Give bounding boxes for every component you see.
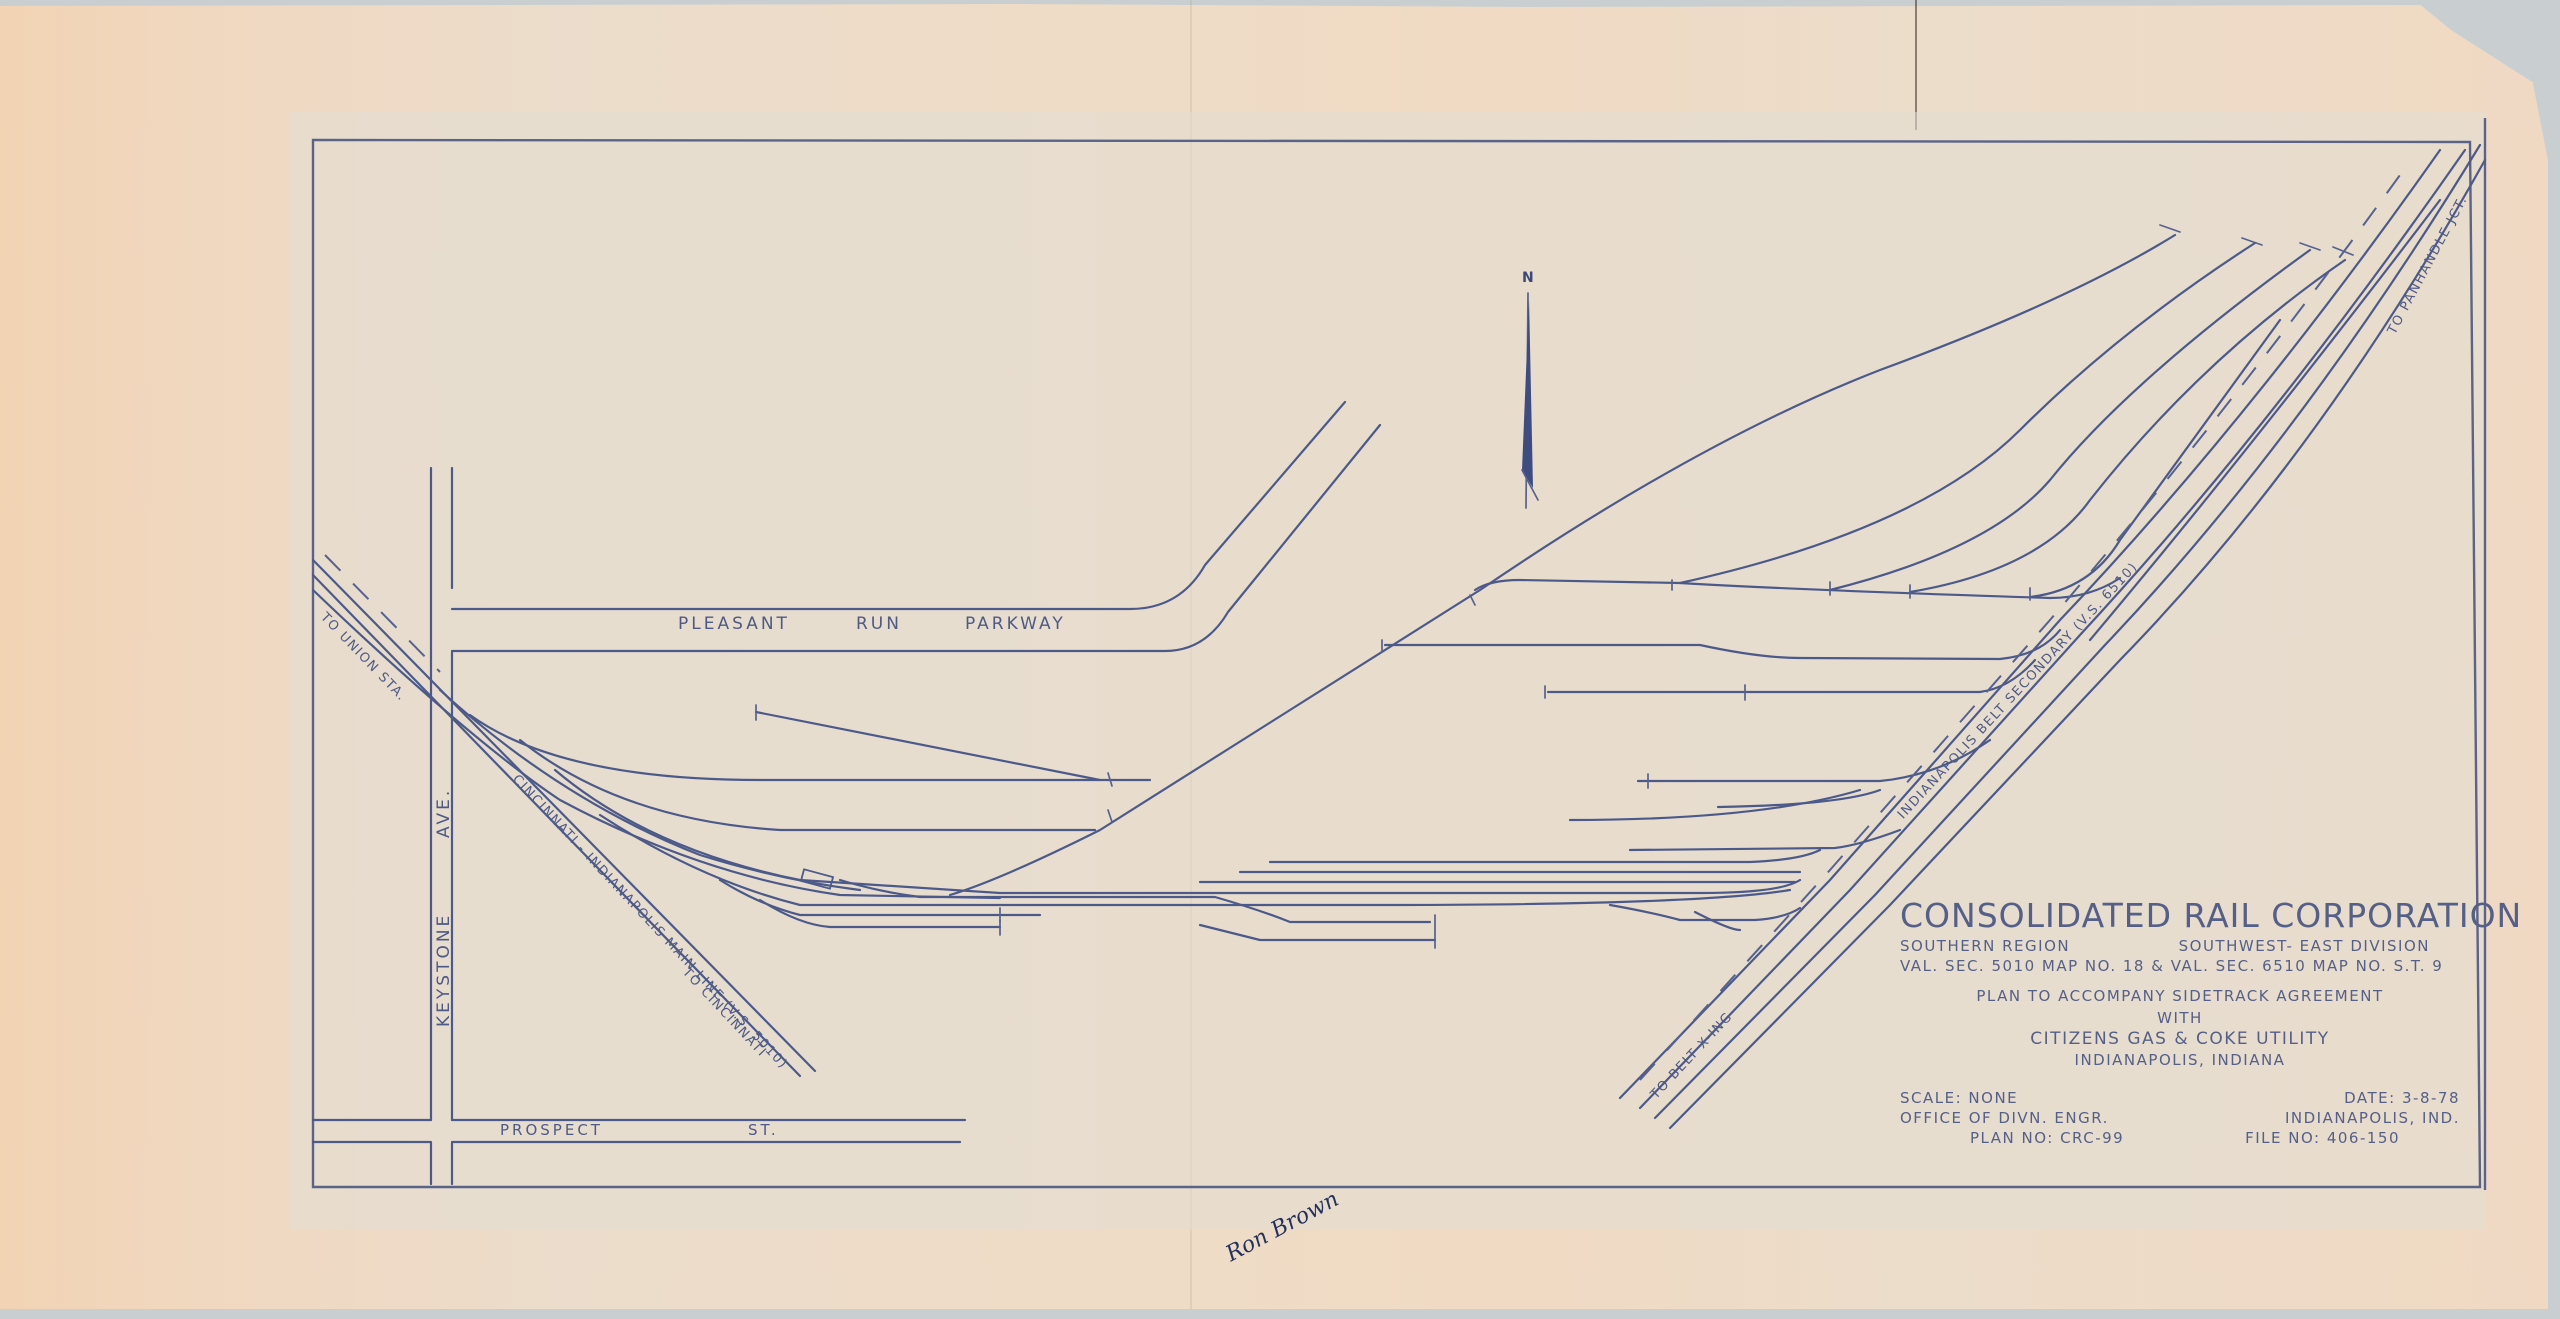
pleasant-run-parkway-road — [452, 402, 1380, 651]
plan-description: PLAN TO ACCOMPANY SIDETRACK AGREEMENT — [1900, 987, 2460, 1005]
prospect-st-road — [313, 1120, 965, 1142]
party-location: INDIANAPOLIS, INDIANA — [1900, 1051, 2460, 1069]
with-label: WITH — [1900, 1009, 2460, 1027]
office: OFFICE OF DIVN. ENGR. — [1900, 1109, 2109, 1127]
street-label-parkway: PARKWAY — [965, 614, 1066, 634]
title-block: CONSOLIDATED RAIL CORPORATION SOUTHERN R… — [1900, 896, 2460, 1147]
yard-tracks — [470, 712, 1900, 940]
office-location: INDIANAPOLIS, IND. — [2285, 1109, 2460, 1127]
scale: SCALE: NONE — [1900, 1089, 2018, 1107]
file-number: FILE NO: 406-150 — [2245, 1129, 2400, 1147]
plan-number: PLAN NO: CRC-99 — [1970, 1129, 2124, 1147]
north-arrow-icon — [1522, 293, 1538, 508]
val-sections: VAL. SEC. 5010 MAP NO. 18 & VAL. SEC. 65… — [1900, 957, 2443, 975]
street-label-pleasant: PLEASANT — [678, 614, 790, 634]
company-name: CONSOLIDATED RAIL CORPORATION — [1900, 896, 2460, 935]
street-label-run: RUN — [856, 614, 902, 634]
street-label-prospect: PROSPECT — [500, 1121, 603, 1139]
date: DATE: 3-8-78 — [2344, 1089, 2460, 1107]
street-label-st: ST. — [748, 1121, 779, 1139]
party-name: CITIZENS GAS & COKE UTILITY — [1900, 1029, 2460, 1049]
north-label: N — [1522, 270, 1534, 286]
region: SOUTHERN REGION — [1900, 937, 2070, 955]
street-label-keystone: KEYSTONE — [434, 913, 454, 1027]
street-label-ave: AVE. — [434, 788, 454, 838]
division: SOUTHWEST- EAST DIVISION — [2179, 937, 2430, 955]
blueprint-sheet: PLEASANT RUN PARKWAY KEYSTONE AVE. PROSP… — [0, 0, 2560, 1319]
